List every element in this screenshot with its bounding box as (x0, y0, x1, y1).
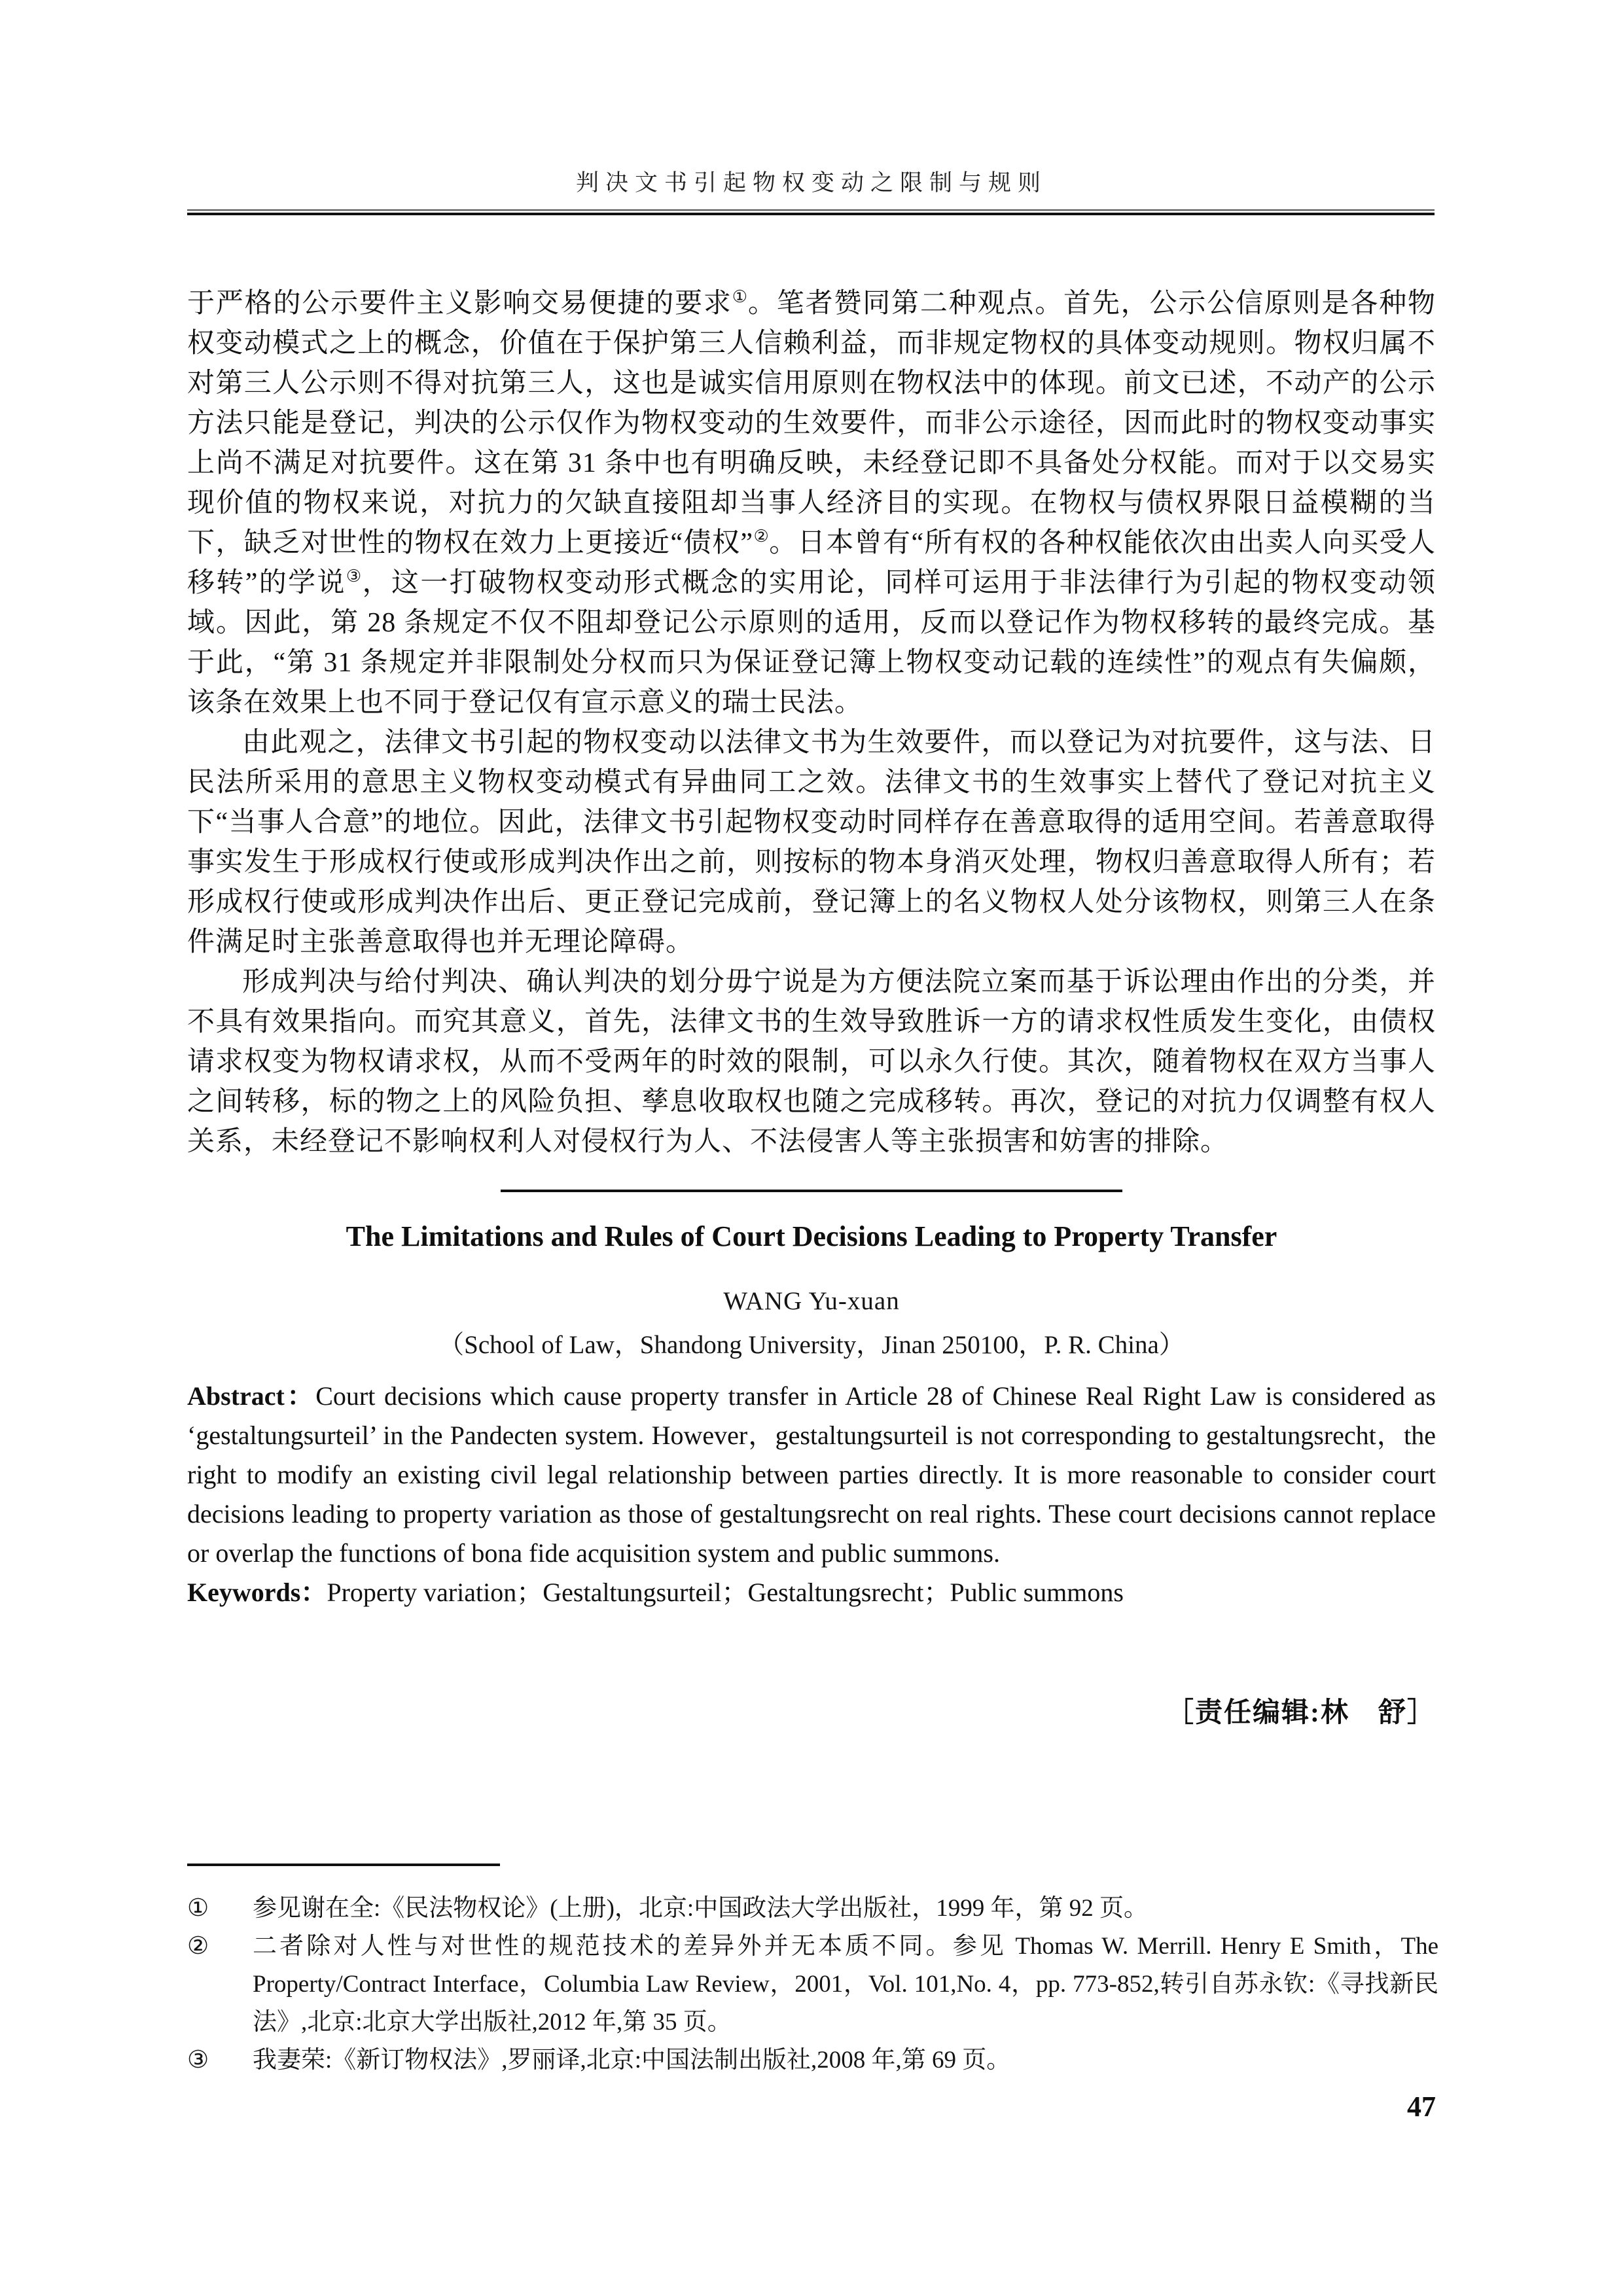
text-run: 由此观之，法律文书引起的物权变动以法律文书为生效要件，而以登记为对抗要件，这与法… (187, 728, 1436, 957)
body-text: 于严格的公示要件主义影响交易便捷的要求①。笔者赞同第二种观点。首先，公示公信原则… (187, 284, 1436, 1162)
body-paragraph: 于严格的公示要件主义影响交易便捷的要求①。笔者赞同第二种观点。首先，公示公信原则… (187, 284, 1436, 723)
footnote-rule (187, 1863, 500, 1866)
editor-note: ［责任编辑:林 舒］ (187, 1691, 1436, 1730)
english-title: The Limitations and Rules of Court Decis… (0, 1220, 1623, 1253)
section-divider (501, 1190, 1122, 1192)
header-rule (187, 209, 1435, 211)
body-paragraph: 形成判决与给付判决、确认判决的划分毋宁说是为方便法院立案而基于诉讼理由作出的分类… (187, 963, 1436, 1162)
body-paragraph: 由此观之，法律文书引起的物权变动以法律文书为生效要件，而以登记为对抗要件，这与法… (187, 723, 1436, 963)
keywords-paragraph: Keywords：Property variation；Gestaltungsu… (187, 1573, 1436, 1612)
keywords-label: Keywords： (187, 1578, 327, 1607)
header-rule (187, 213, 1435, 215)
footnote-item: ①参见谢在全:《民法物权论》(上册)，北京:中国政法大学出版社，1999 年，第… (187, 1890, 1438, 1928)
author-name: WANG Yu-xuan (0, 1286, 1623, 1316)
footnote-ref: ② (753, 527, 769, 546)
footnote-list: ①参见谢在全:《民法物权论》(上册)，北京:中国政法大学出版社，1999 年，第… (187, 1890, 1438, 2079)
journal-page: 判决文书引起物权变动之限制与规则 于严格的公示要件主义影响交易便捷的要求①。笔者… (0, 0, 1623, 2296)
text-run: 。笔者赞同第二种观点。首先，公示公信原则是各种物权变动模式之上的概念，价值在于保… (187, 289, 1436, 558)
running-title: 判决文书引起物权变动之限制与规则 (0, 165, 1623, 198)
text-run: 形成判决与给付判决、确认判决的划分毋宁说是为方便法院立案而基于诉讼理由作出的分类… (187, 967, 1436, 1157)
text-run: ，这一打破物权变动形式概念的实用论，同样可运用于非法律行为引起的物权变动领域。因… (187, 568, 1436, 718)
footnote-text: 我妻荣:《新订物权法》,罗丽译,北京:中国法制出版社,2008 年,第 69 页… (253, 2041, 1438, 2079)
author-affiliation: （School of Law，Shandong University，Jinan… (0, 1324, 1623, 1361)
footnote-item: ②二者除对人性与对世性的规范技术的差异外并无本质不同。参见 Thomas W. … (187, 1928, 1438, 2041)
footnote-item: ③我妻荣:《新订物权法》,罗丽译,北京:中国法制出版社,2008 年,第 69 … (187, 2041, 1438, 2079)
footnote-text: 参见谢在全:《民法物权论》(上册)，北京:中国政法大学出版社，1999 年，第 … (253, 1890, 1438, 1928)
footnote-marker: ② (187, 1928, 253, 2041)
footnote-text: 二者除对人性与对世性的规范技术的差异外并无本质不同。参见 Thomas W. M… (253, 1928, 1438, 2041)
abstract-label: Abstract： (187, 1381, 315, 1411)
footnote-ref: ① (732, 287, 748, 306)
footnote-marker: ③ (187, 2041, 253, 2079)
page-number: 47 (1407, 2090, 1436, 2123)
footnote-marker: ① (187, 1890, 253, 1928)
abstract-block: Abstract：Court decisions which cause pro… (187, 1377, 1436, 1612)
keywords-text: Property variation；Gestaltungsurteil；Ges… (327, 1578, 1124, 1607)
footnote-ref: ③ (346, 567, 363, 586)
abstract-paragraph: Abstract：Court decisions which cause pro… (187, 1377, 1436, 1573)
text-run: 于严格的公示要件主义影响交易便捷的要求 (187, 289, 732, 319)
abstract-text: Court decisions which cause property tra… (187, 1381, 1436, 1568)
